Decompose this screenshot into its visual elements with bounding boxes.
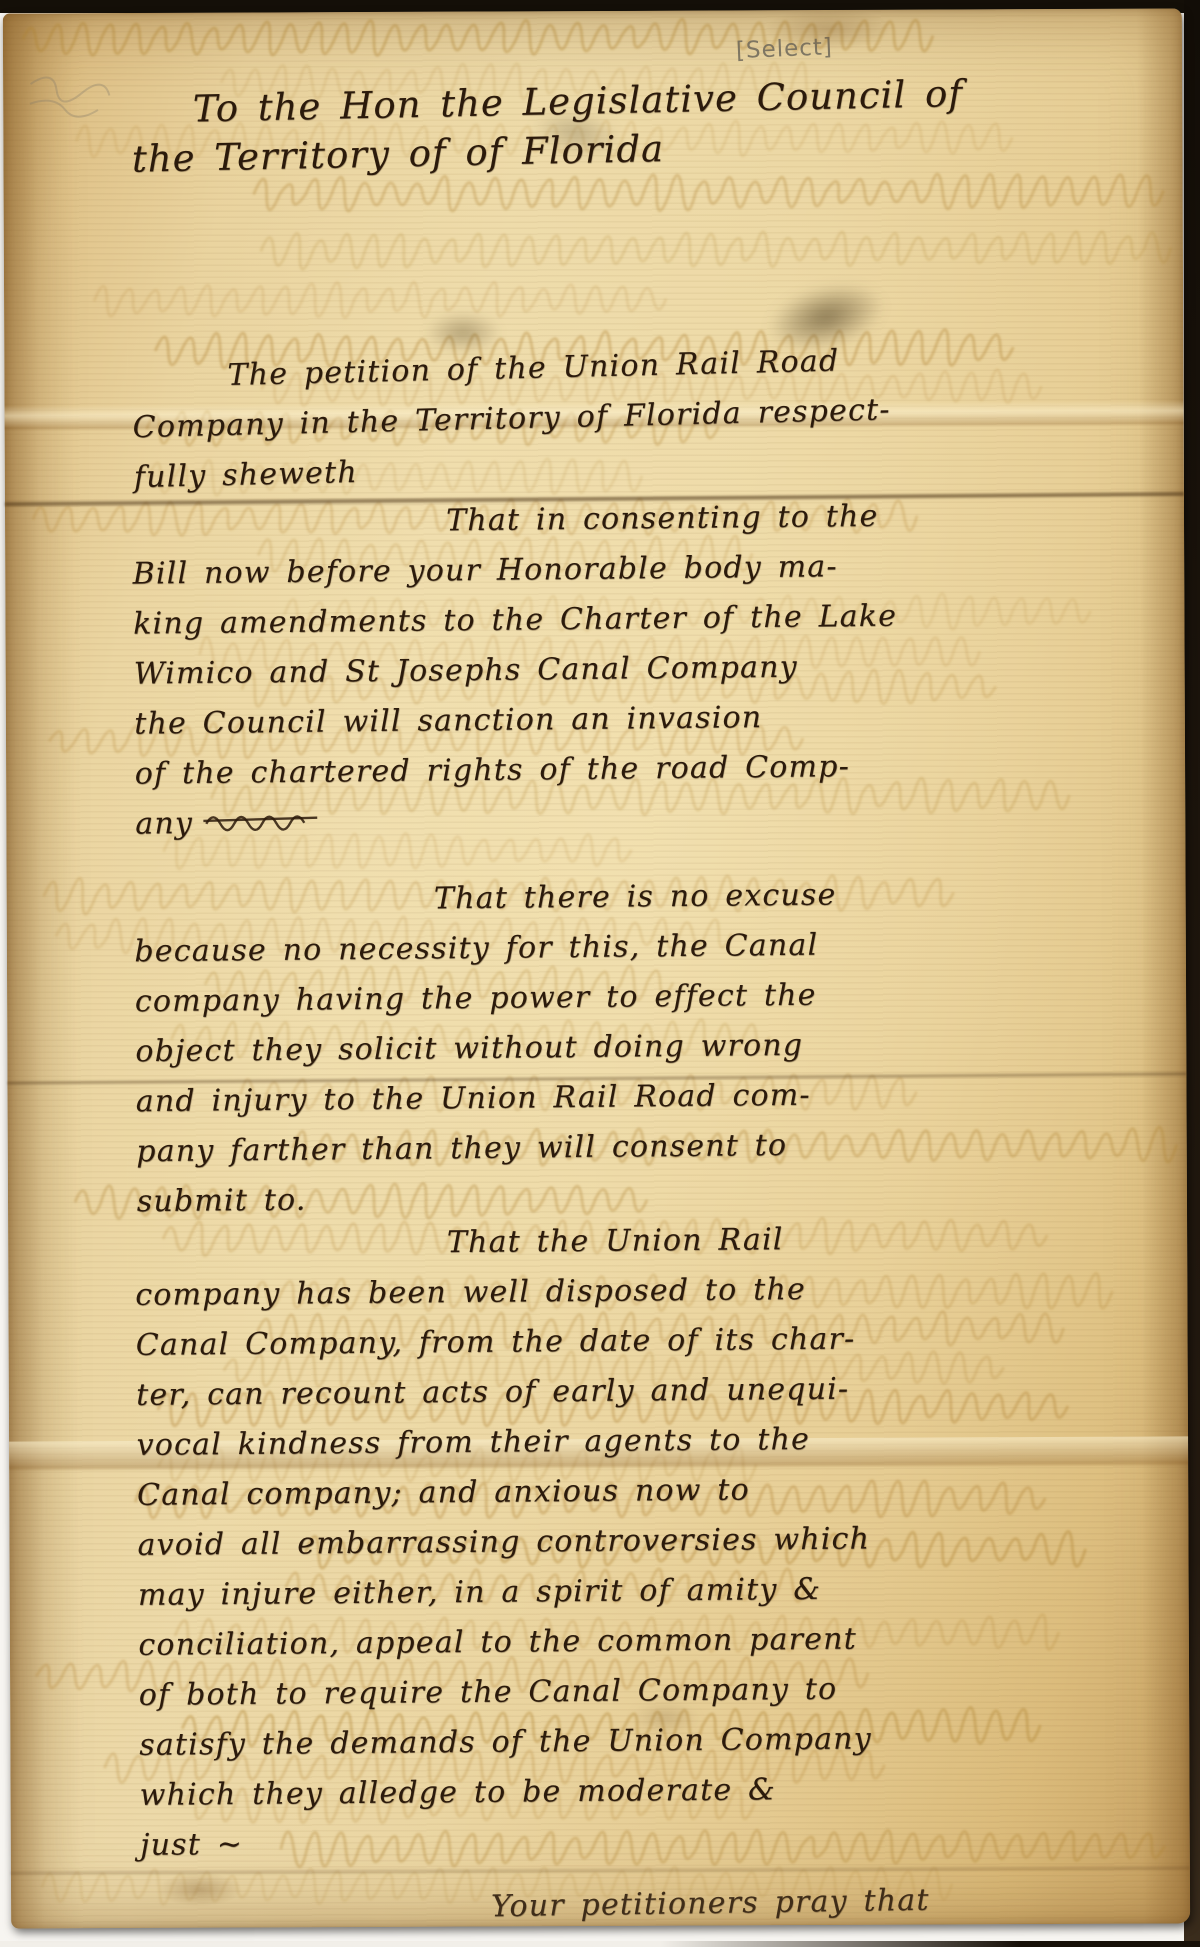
text-line: conciliation, appeal to the common paren…: [138, 1613, 990, 1670]
fold-crease: [7, 1072, 1186, 1084]
text-line: any: [135, 791, 987, 850]
text-line: the Council will sanction an invasion: [134, 691, 986, 750]
text-line: Company in the Territory of Florida resp…: [132, 383, 985, 453]
paragraph: That in consenting to theBill now before…: [132, 491, 988, 850]
paragraph: That there is no excusebecause no necess…: [134, 869, 989, 1227]
ink-smudge: [424, 311, 502, 353]
text-line: object they solicit without doing wrong: [135, 1019, 987, 1077]
text-line: king amendments to the Charter of the La…: [133, 591, 985, 650]
salutation-line: the Territory of of Florida: [131, 118, 984, 184]
text-line: Canal company; and anxious now to: [137, 1463, 989, 1520]
text-line: That there is no excuse: [134, 869, 986, 927]
document-content: To the Hon the Legislative Council of th…: [131, 57, 991, 1933]
text-line: vocal kindness from their agents to the: [136, 1413, 988, 1470]
text-line: submit to.: [137, 1169, 989, 1227]
ink-smudge: [528, 104, 624, 163]
text-line: ter, can recount acts of early and unequ…: [136, 1363, 988, 1420]
salutation-line: To the Hon the Legislative Council of: [130, 69, 983, 135]
text-line: The petition of the Union Rail Road: [131, 333, 984, 403]
text-line: satisfy the demands of the Union Company: [139, 1713, 991, 1770]
pencil-annotation-select: [Select]: [736, 34, 834, 64]
text-line: of the chartered rights of the road Comp…: [135, 741, 987, 800]
text-line: Bill now before your Honorable body ma-: [132, 541, 984, 600]
paragraph: The petition of the Union Rail RoadCompa…: [131, 333, 986, 503]
text-line: company having the power to effect the: [135, 969, 987, 1027]
text-line: fully sheweth: [133, 433, 986, 503]
document-closing: Your petitioners pray that: [139, 1875, 992, 1938]
fold-crease: [5, 492, 1184, 506]
scan-edge-bottom: [0, 1941, 1200, 1947]
fold-crease: [11, 1866, 1190, 1874]
text-line: That the Union Rail: [135, 1213, 987, 1270]
paragraph: That the Union Railcompany has been well…: [135, 1213, 993, 1870]
pencil-scribble: [12, 27, 168, 165]
text-line: company has been well disposed to the: [135, 1263, 987, 1320]
text-line: avoid all embarrassing controversies whi…: [137, 1513, 989, 1570]
text-line: Canal Company, from the date of its char…: [136, 1313, 988, 1370]
ink-smudge: [760, 272, 892, 362]
text-line: That in consenting to the: [132, 491, 984, 550]
text-line: just ~: [140, 1813, 992, 1870]
fold-crease: [9, 1436, 1188, 1471]
document-body: The petition of the Union Rail RoadCompa…: [132, 341, 991, 1869]
struck-out-scribble: [203, 808, 321, 833]
text-line: of both to require the Canal Company to: [139, 1663, 991, 1720]
fold-crease: [5, 400, 1184, 431]
text-line: Wimico and St Josephs Canal Company: [133, 641, 985, 700]
ink-bleedthrough-layer: [3, 8, 1190, 1928]
text-line: may injure either, in a spirit of amity …: [138, 1563, 990, 1620]
text-line: pany farther than they will consent to: [136, 1119, 988, 1177]
document-salutation: To the Hon the Legislative Council of th…: [130, 69, 984, 184]
text-line: which they alledge to be moderate &: [139, 1763, 991, 1820]
text-line: and injury to the Union Rail Road com-: [136, 1069, 988, 1127]
ink-smudge: [630, 1701, 700, 1735]
text-line: because no necessity for this, the Canal: [134, 919, 986, 977]
manuscript-paper: [Select] To the Hon the Legislative Coun…: [3, 8, 1190, 1928]
scanned-document: [Select] To the Hon the Legislative Coun…: [0, 0, 1200, 1947]
